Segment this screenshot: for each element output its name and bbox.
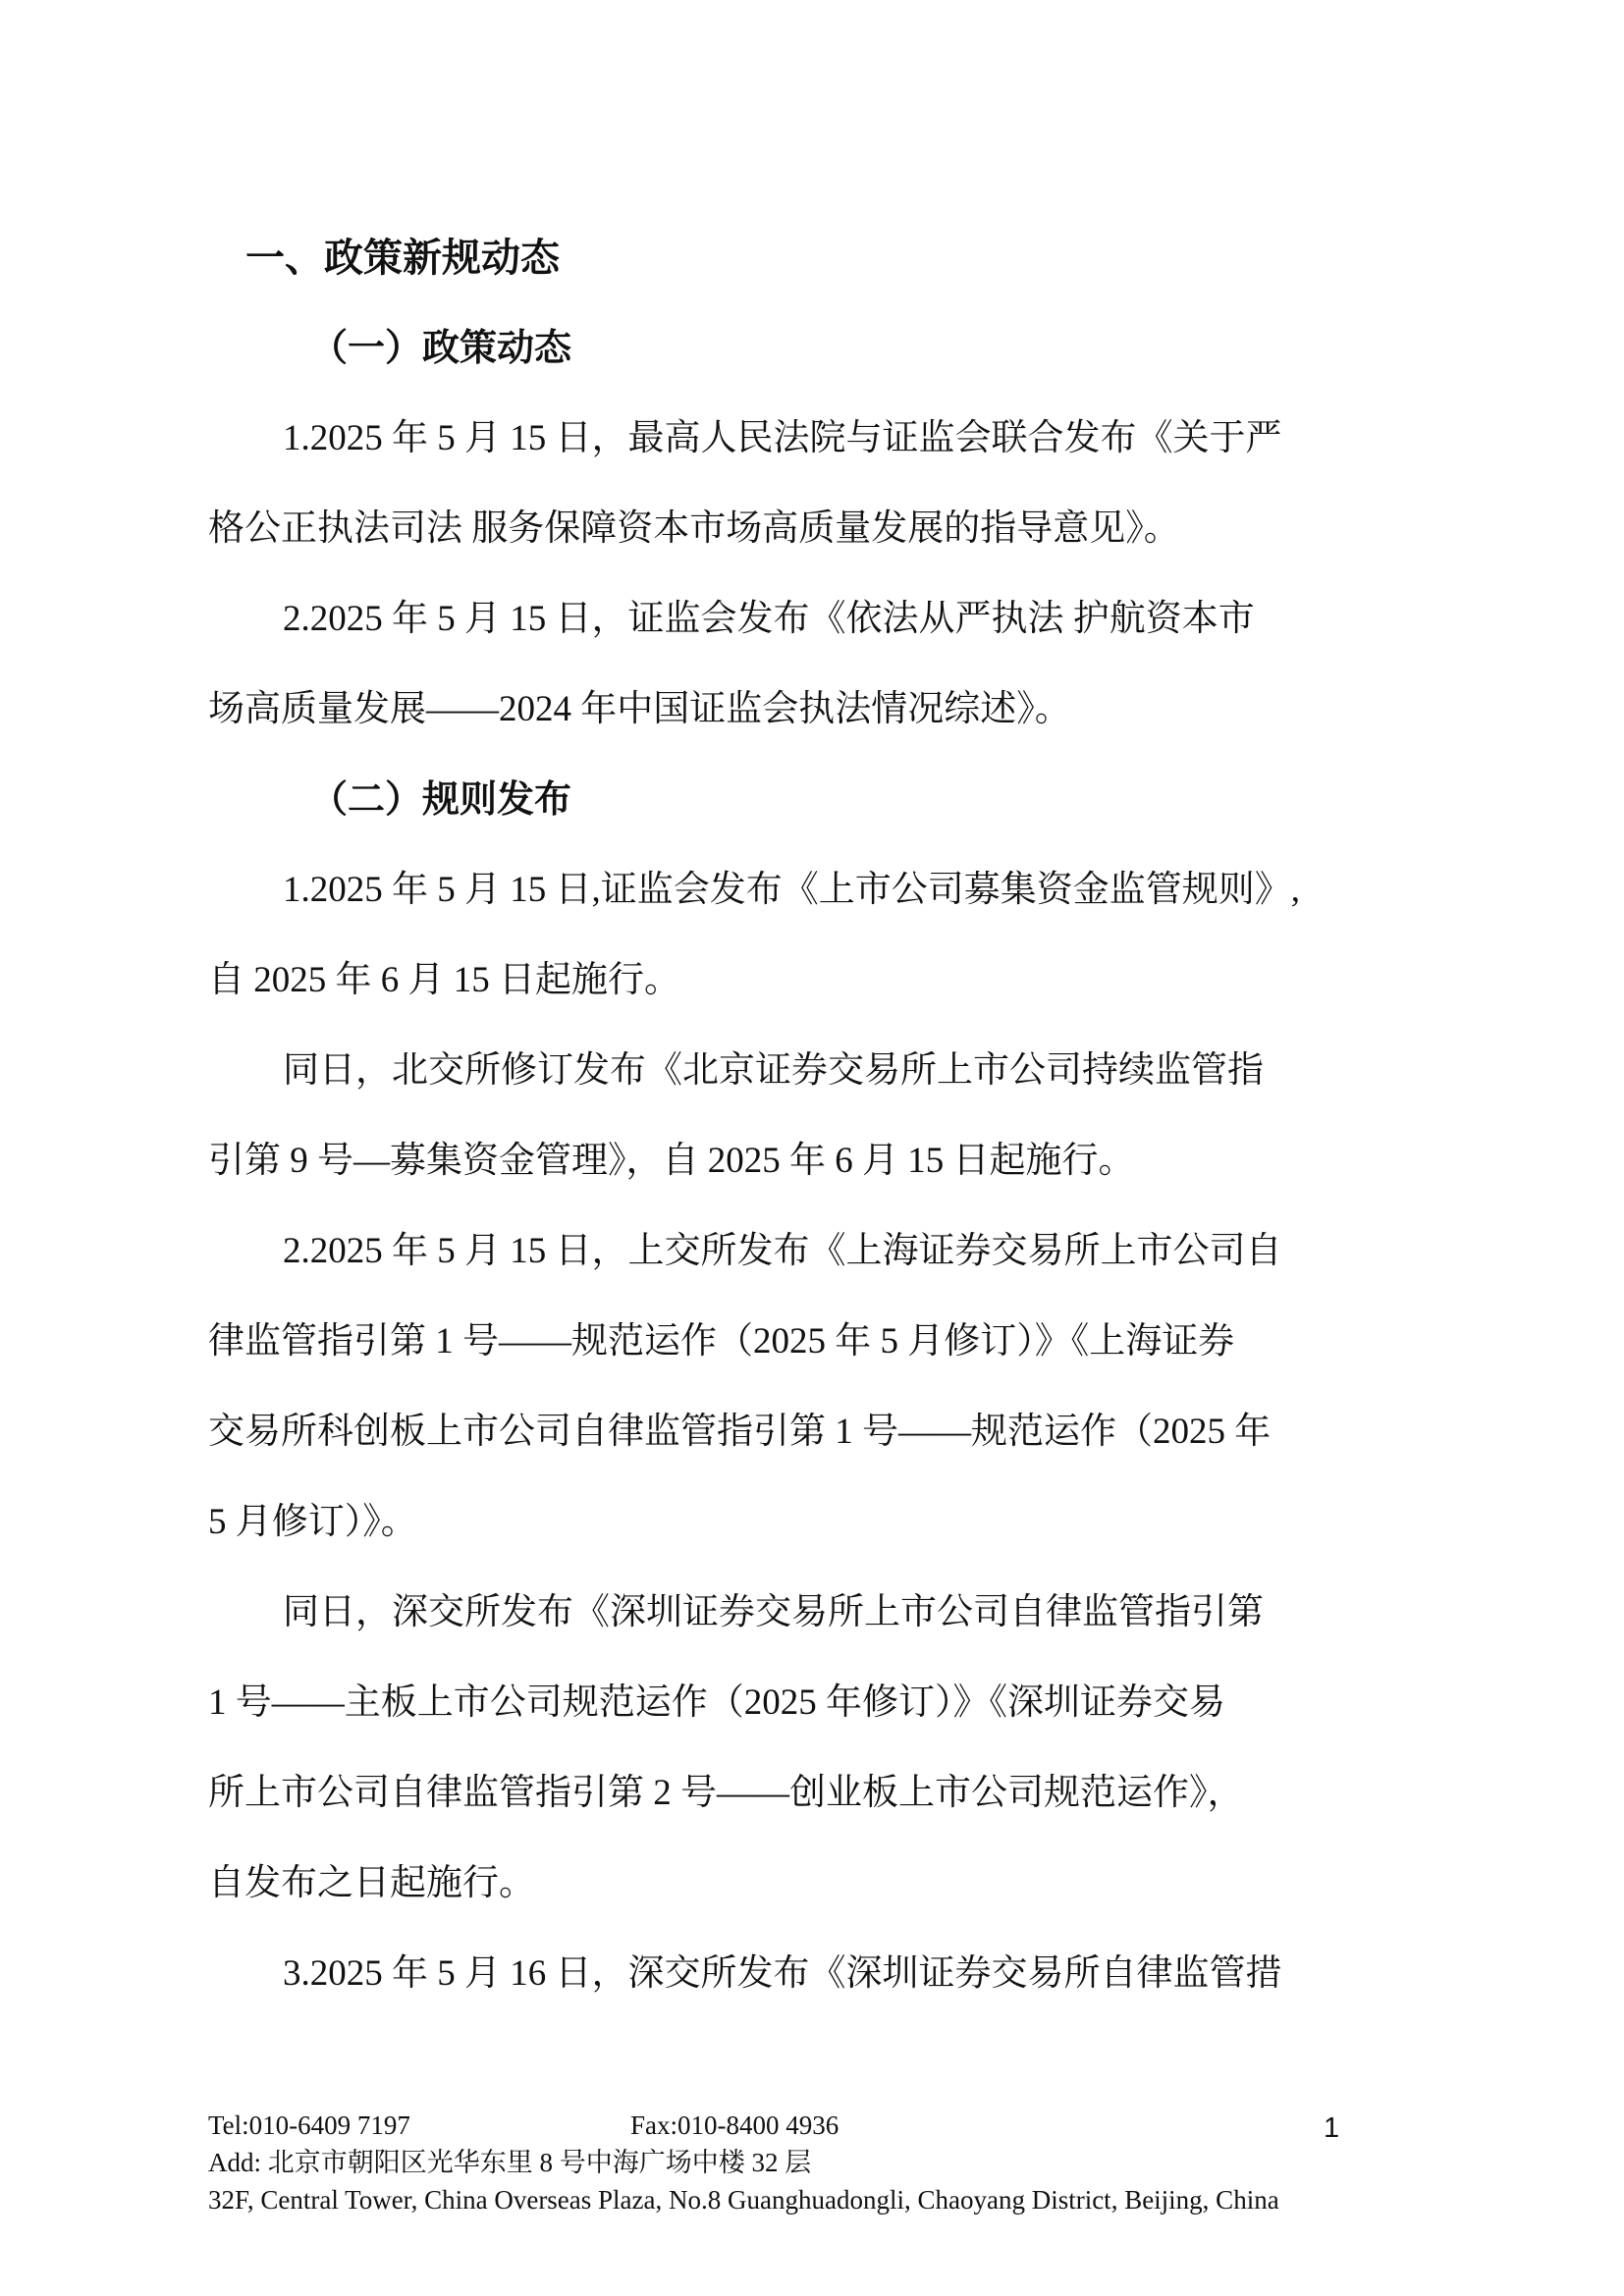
paragraph-line: 场高质量发展——2024 年中国证监会执法情况综述》。: [208, 665, 1347, 755]
paragraph-line: 自 2025 年 6 月 15 日起施行。: [208, 935, 1347, 1026]
page-footer: Tel:010-6409 7197 Fax:010-8400 4936 Add:…: [208, 2107, 1367, 2218]
paragraph-line: 所上市公司自律监管指引第 2 号——创业板上市公司规范运作》，: [208, 1748, 1347, 1839]
paragraph-line: 律监管指引第 1 号——规范运作（2025 年 5 月修订）》《上海证券: [208, 1297, 1347, 1387]
paragraph-line: 1 号——主板上市公司规范运作（2025 年修订）》《深圳证券交易: [208, 1658, 1347, 1748]
document-body: 一、政策新规动态 （一）政策动态 1.2025 年 5 月 15 日，最高人民法…: [208, 213, 1347, 2019]
page-number: 1: [1324, 2110, 1339, 2146]
footer-address-en: 32F, Central Tower, China Overseas Plaza…: [208, 2181, 1367, 2218]
paragraph-line: 1.2025 年 5 月 15 日,证监会发布《上市公司募集资金监管规则》,: [208, 845, 1347, 935]
main-heading: 一、政策新规动态: [208, 213, 1347, 303]
paragraph-line: 2.2025 年 5 月 15 日，上交所发布《上海证券交易所上市公司自: [208, 1206, 1347, 1297]
footer-contact-line: Tel:010-6409 7197 Fax:010-8400 4936: [208, 2107, 1367, 2144]
paragraph-line: 同日，北交所修订发布《北京证券交易所上市公司持续监管指: [208, 1026, 1347, 1116]
paragraph-line: 5 月修订）》。: [208, 1477, 1347, 1568]
paragraph-line: 交易所科创板上市公司自律监管指引第 1 号——规范运作（2025 年: [208, 1387, 1347, 1477]
paragraph-line: 3.2025 年 5 月 16 日，深交所发布《深圳证券交易所自律监管措: [208, 1929, 1347, 2019]
paragraph-line: 格公正执法司法 服务保障资本市场高质量发展的指导意见》。: [208, 484, 1347, 574]
section-title: （二）规则发布: [208, 755, 1347, 845]
paragraph-line: 引第 9 号—募集资金管理》，自 2025 年 6 月 15 日起施行。: [208, 1116, 1347, 1206]
footer-address-cn: Add: 北京市朝阳区光华东里 8 号中海广场中楼 32 层: [208, 2144, 1367, 2181]
document-page: 一、政策新规动态 （一）政策动态 1.2025 年 5 月 15 日，最高人民法…: [0, 0, 1624, 2296]
paragraph-line: 2.2025 年 5 月 15 日，证监会发布《依法从严执法 护航资本市: [208, 574, 1347, 665]
section-title: （一）政策动态: [208, 303, 1347, 394]
footer-fax: Fax:010-8400 4936: [630, 2107, 839, 2144]
footer-tel: Tel:010-6409 7197: [208, 2110, 410, 2140]
paragraph-line: 自发布之日起施行。: [208, 1839, 1347, 1929]
paragraph-line: 同日，深交所发布《深圳证券交易所上市公司自律监管指引第: [208, 1568, 1347, 1658]
paragraph-line: 1.2025 年 5 月 15 日，最高人民法院与证监会联合发布《关于严: [208, 394, 1347, 484]
